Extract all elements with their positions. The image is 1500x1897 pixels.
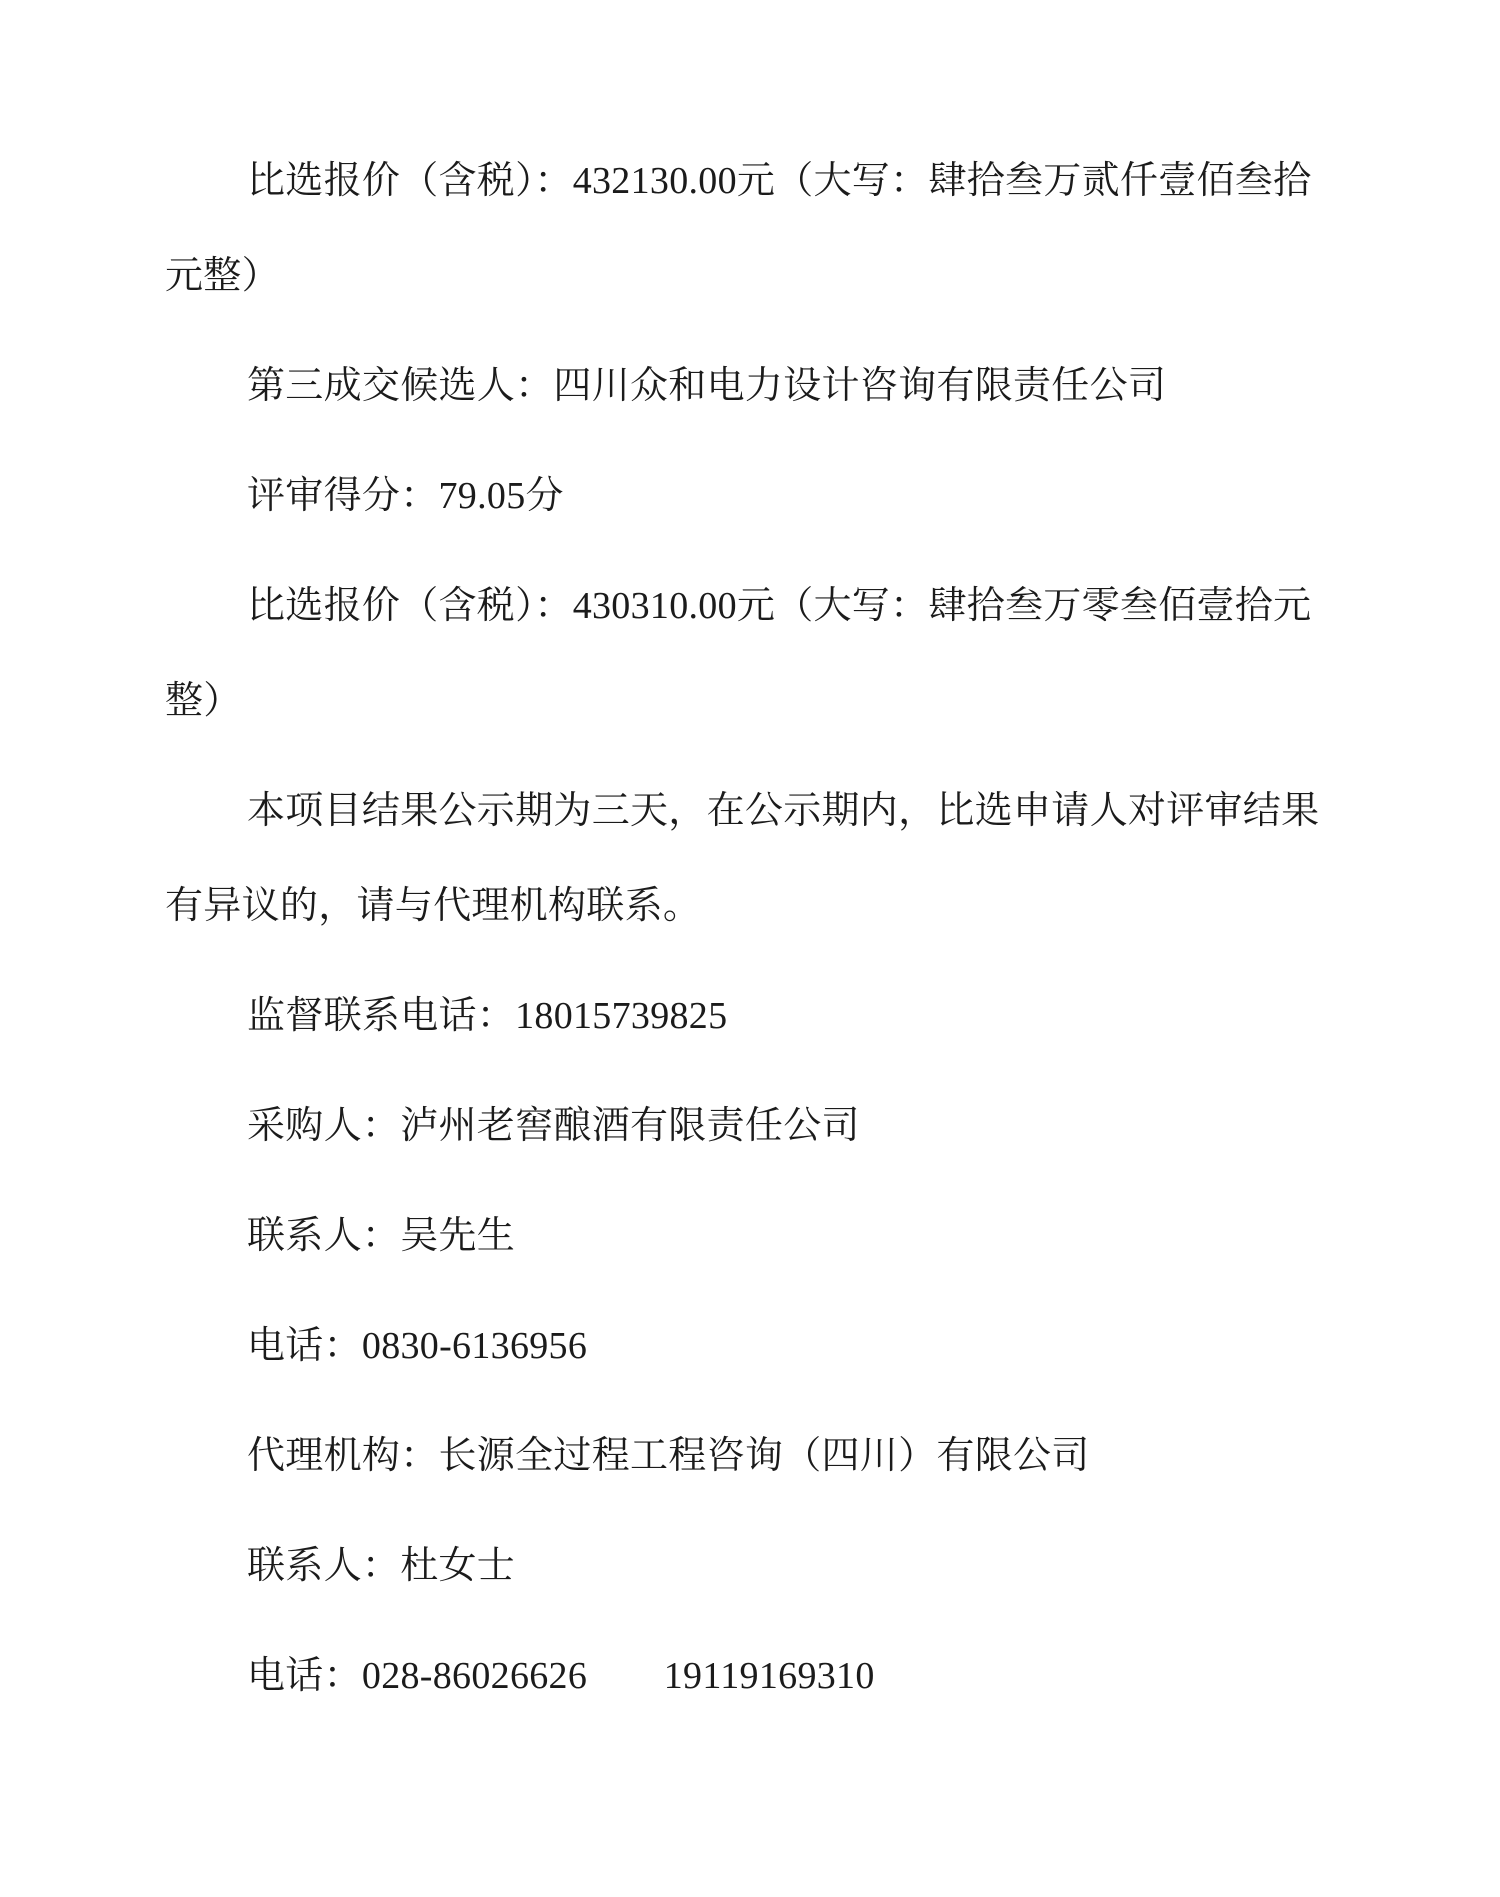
paragraph-agency-contact: 联系人：杜女士 — [165, 1519, 1360, 1614]
text-line: 评审得分：79.05分 — [165, 449, 1360, 544]
paragraph-publicity-period: 本项目结果公示期为三天，在公示期内，比选申请人对评审结果 有异议的，请与代理机构… — [165, 764, 1360, 954]
text-line: 比选报价（含税）：430310.00元（大写：肆拾叁万零叁佰壹拾元 — [165, 559, 1360, 654]
text-line: 监督联系电话：18015739825 — [165, 969, 1360, 1064]
paragraph-bid-price-1: 比选报价（含税）：432130.00元（大写：肆拾叁万贰仟壹佰叁拾 元整） — [165, 134, 1360, 324]
text-line: 本项目结果公示期为三天，在公示期内，比选申请人对评审结果 — [165, 764, 1360, 859]
paragraph-purchaser-contact: 联系人：吴先生 — [165, 1189, 1360, 1284]
paragraph-agency-phone: 电话：028-86026626 19119169310 — [165, 1629, 1360, 1724]
paragraph-review-score: 评审得分：79.05分 — [165, 449, 1360, 544]
paragraph-purchaser: 采购人：泸州老窖酿酒有限责任公司 — [165, 1079, 1360, 1174]
text-line: 联系人：吴先生 — [165, 1189, 1360, 1284]
text-line: 电话：0830-6136956 — [165, 1299, 1360, 1394]
paragraph-third-candidate: 第三成交候选人：四川众和电力设计咨询有限责任公司 — [165, 339, 1360, 434]
text-line: 第三成交候选人：四川众和电力设计咨询有限责任公司 — [165, 339, 1360, 434]
text-line: 整） — [165, 654, 1360, 749]
text-line: 采购人：泸州老窖酿酒有限责任公司 — [165, 1079, 1360, 1174]
paragraph-supervision-phone: 监督联系电话：18015739825 — [165, 969, 1360, 1064]
paragraph-purchaser-phone: 电话：0830-6136956 — [165, 1299, 1360, 1394]
paragraph-bid-price-2: 比选报价（含税）：430310.00元（大写：肆拾叁万零叁佰壹拾元 整） — [165, 559, 1360, 749]
text-line: 有异议的，请与代理机构联系。 — [165, 859, 1360, 954]
text-line: 电话：028-86026626 19119169310 — [165, 1629, 1360, 1724]
text-line: 联系人：杜女士 — [165, 1519, 1360, 1614]
text-line: 代理机构：长源全过程工程咨询（四川）有限公司 — [165, 1409, 1360, 1504]
document-page: 比选报价（含税）：432130.00元（大写：肆拾叁万贰仟壹佰叁拾 元整） 第三… — [0, 0, 1500, 1897]
text-line: 元整） — [165, 229, 1360, 324]
text-line: 比选报价（含税）：432130.00元（大写：肆拾叁万贰仟壹佰叁拾 — [165, 134, 1360, 229]
paragraph-agency: 代理机构：长源全过程工程咨询（四川）有限公司 — [165, 1409, 1360, 1504]
